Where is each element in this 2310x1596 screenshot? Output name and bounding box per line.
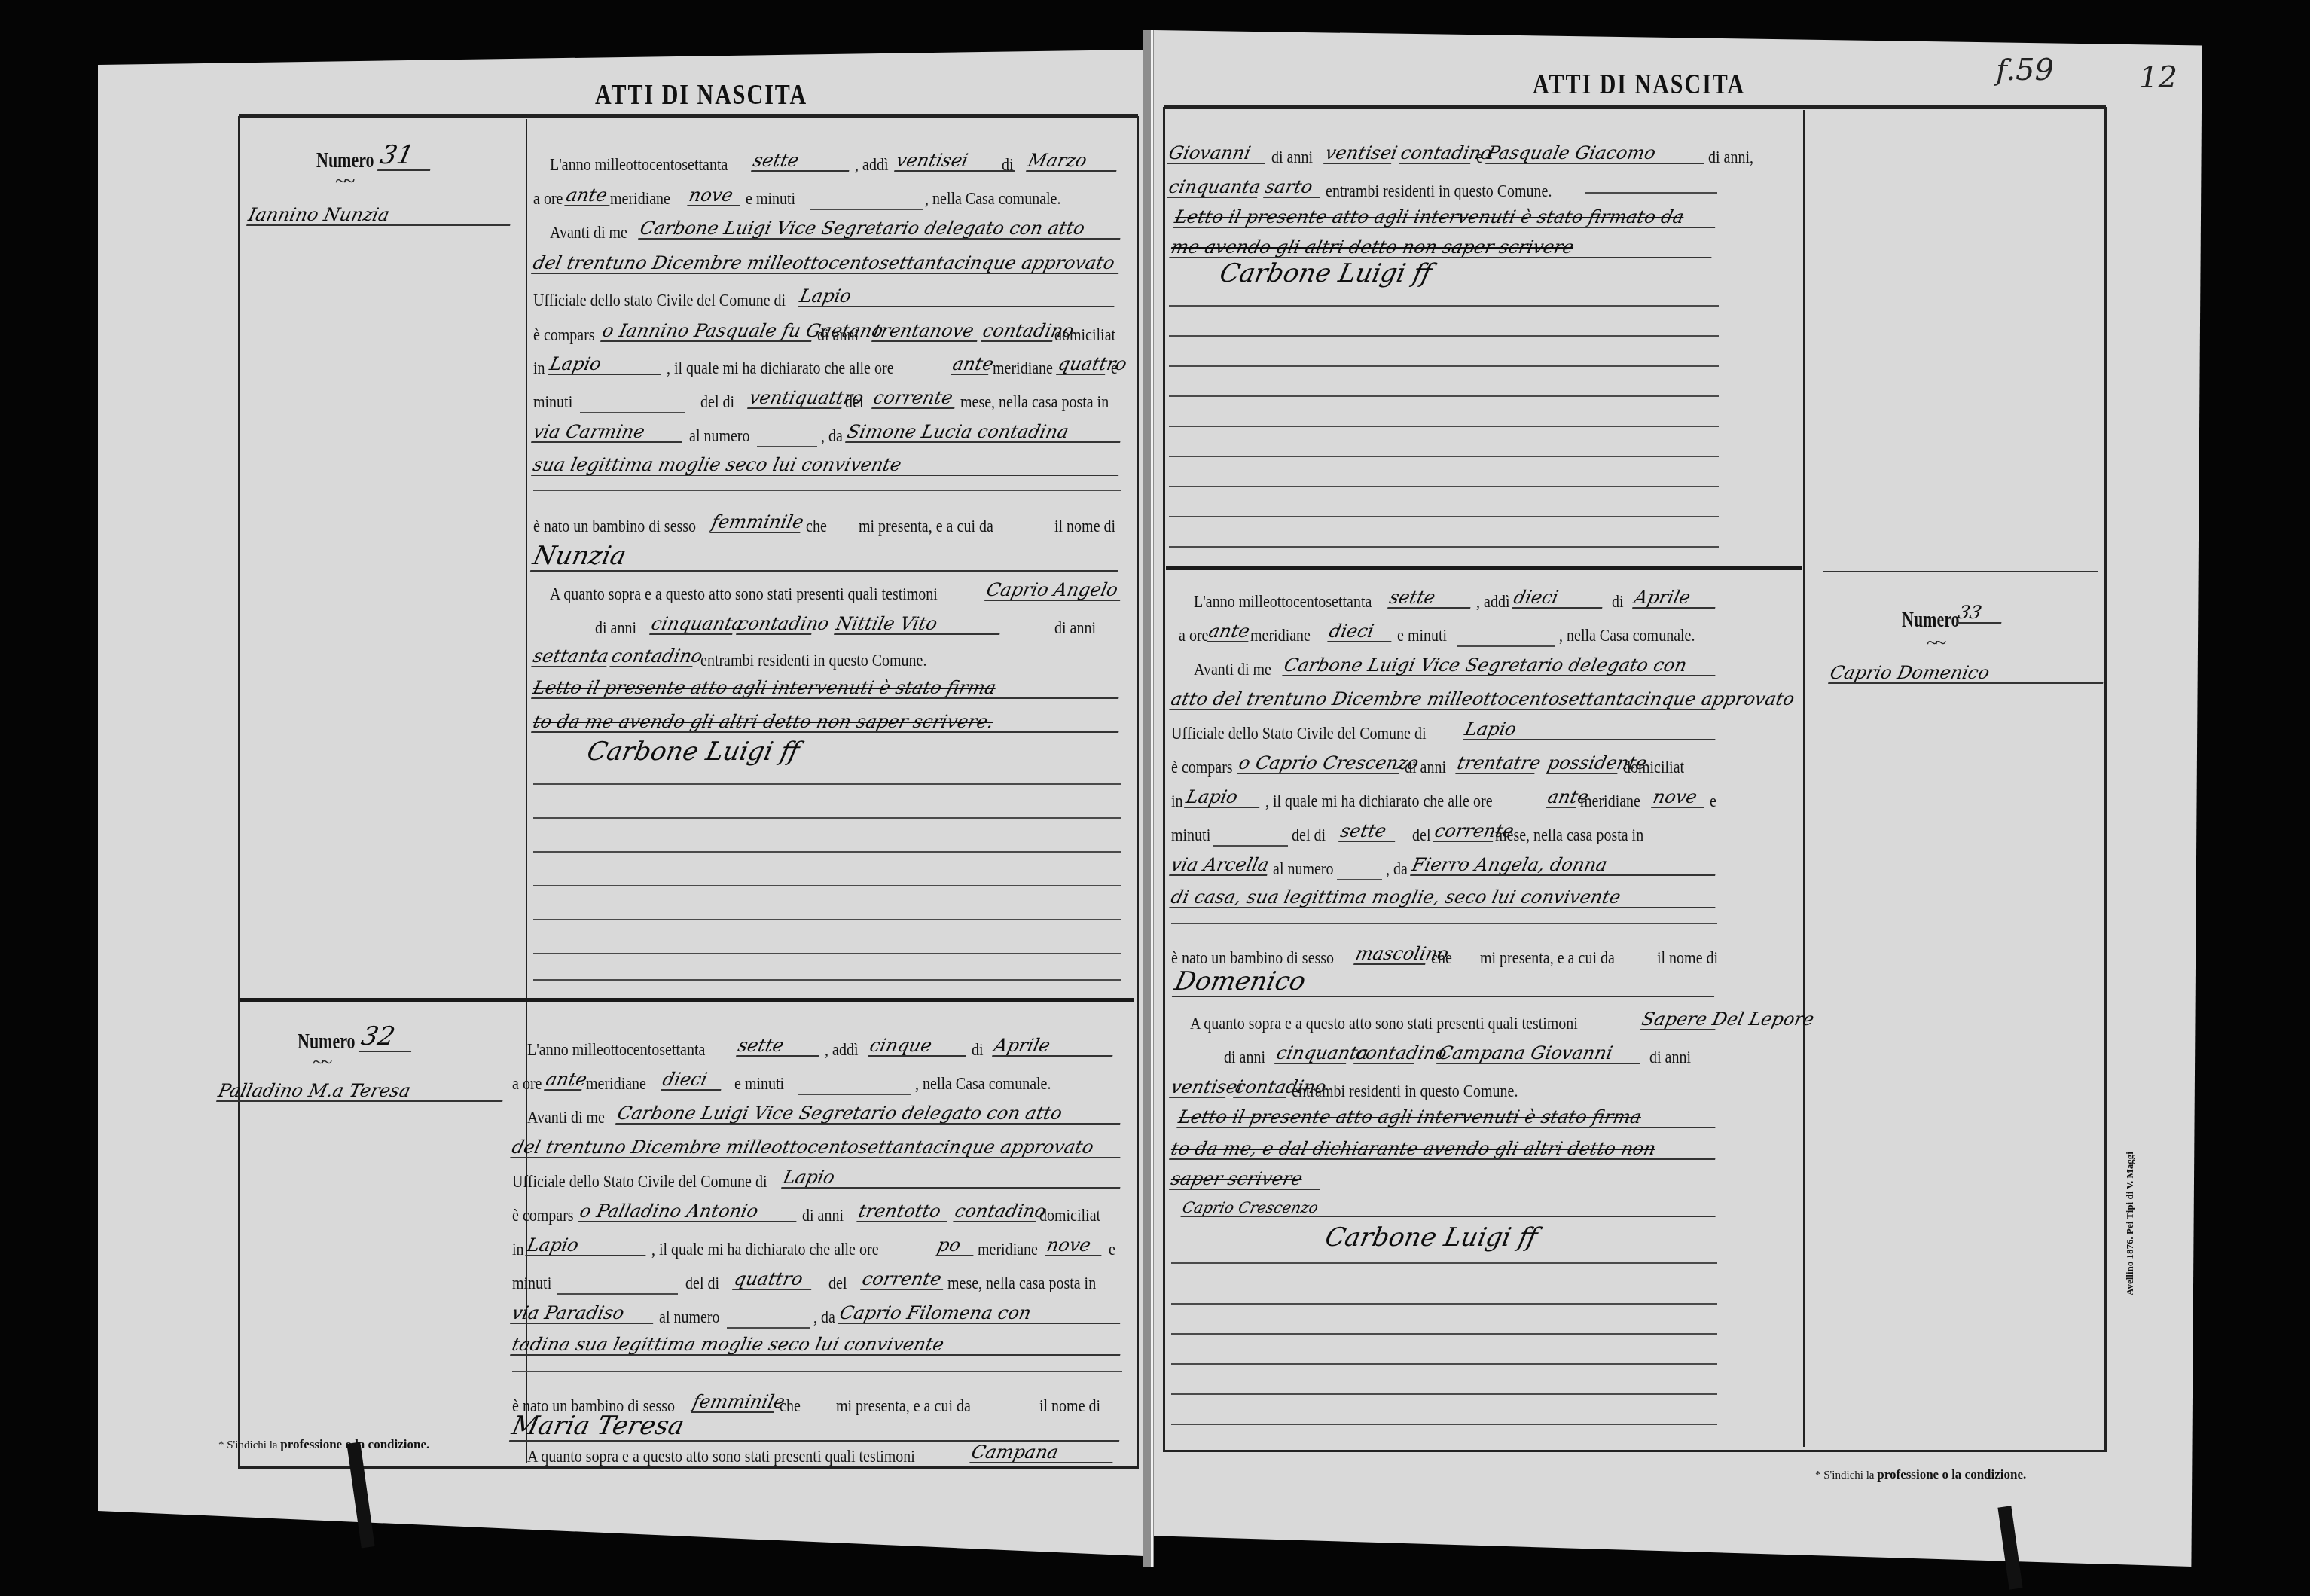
form-text: e [1109, 1239, 1115, 1260]
form-text: di anni [1405, 757, 1446, 778]
officer-field: Carbone Luigi Vice Segretario delegato c… [615, 1103, 1124, 1125]
ruled-line [1169, 486, 1719, 487]
form-text: di anni [1649, 1047, 1691, 1068]
form-text: , addì [825, 1039, 858, 1060]
form-text: a ore [1179, 625, 1208, 646]
form-text: , da [1386, 859, 1408, 880]
form-text: minuti [533, 392, 572, 413]
form-text: che [806, 516, 827, 537]
meridian-field: ante [1207, 621, 1253, 642]
hour-field: dieci [1327, 621, 1396, 642]
form-text: è compars [512, 1205, 574, 1226]
form-text: A quanto sopra e a questo atto sono stat… [527, 1446, 915, 1467]
ruled-line [533, 919, 1121, 920]
form-text: in [533, 358, 545, 379]
form-text: , il quale mi ha dichiarato che alle ore [667, 358, 894, 379]
hour-field: dieci [661, 1070, 725, 1091]
birth-day-field: quattro [732, 1269, 816, 1290]
ruled-line [1169, 546, 1719, 548]
closing-text: to da me avendo gli altri detto non sape… [531, 712, 1123, 733]
right-margin-column-divider [1803, 110, 1805, 1447]
domicile-field: Lapio [548, 354, 665, 375]
ruled-line [1171, 1262, 1717, 1264]
ornament-tilde: ~~ [1927, 631, 1943, 655]
form-text: in [1171, 791, 1183, 812]
record-separator [1166, 566, 1802, 570]
form-text: è compars [533, 325, 595, 346]
ruled-line [1169, 426, 1719, 427]
form-text: del [1412, 825, 1430, 846]
ruled-line [533, 783, 1121, 785]
comune-field: Lapio [781, 1167, 1124, 1189]
form-text: , nella Casa comunale. [915, 1073, 1051, 1094]
form-text: domiciliat [1039, 1205, 1100, 1226]
officer-field: del trentuno Dicembre milleottocentosett… [531, 253, 1123, 274]
form-text: Ufficiale dello stato Civile del Comune … [533, 290, 786, 311]
margin-separator [1823, 571, 2098, 572]
form-text: L'anno milleottocentosettanta [550, 154, 728, 175]
ornament-tilde: ~~ [335, 169, 352, 194]
witness1-name-continuation: Giovanni [1167, 143, 1269, 164]
day-field: dieci [1512, 587, 1607, 609]
left-margin-column-divider [526, 119, 527, 1463]
left-footnote: * S'indichi la professione o la condizio… [218, 1437, 429, 1452]
declarant-signature: Caprio Crescenzo [1180, 1199, 1719, 1217]
mother-field: Caprio Filomena con [838, 1303, 1124, 1324]
witness1-field: Campana [969, 1442, 1117, 1463]
form-text: , addì [855, 154, 888, 175]
birth-hour-field: quattro [1056, 354, 1109, 375]
ruled-line [1169, 516, 1719, 517]
form-text: A quanto sopra e a questo atto sono stat… [1190, 1013, 1578, 1034]
form-text: meridiane [1250, 625, 1311, 646]
ruled-line [1169, 365, 1719, 367]
form-text: in [512, 1239, 524, 1260]
right-page-frame [1163, 107, 2107, 1452]
closing-text: Letto il presente atto agli intervenuti … [1176, 1107, 1720, 1128]
blank-line [533, 490, 1121, 491]
ruled-line [1171, 1303, 1717, 1305]
form-text: meridiane [610, 188, 670, 209]
blank-line [727, 1327, 810, 1329]
form-text: Ufficiale dello Stato Civile del Comune … [1171, 723, 1426, 744]
form-text: il nome di [1054, 516, 1115, 537]
form-text: Avanti di me [527, 1107, 605, 1128]
child-name-field: Maria Teresa [509, 1412, 1125, 1442]
witness2-field: Campana Giovanni [1436, 1043, 1644, 1064]
form-text: del [845, 392, 863, 413]
year-field: sette [1387, 587, 1475, 609]
form-text: mese, nella casa posta in [960, 392, 1109, 413]
form-text: entrambi residenti in questo Comune. [1292, 1081, 1518, 1102]
day-field: cinque [868, 1036, 970, 1057]
blank-line [580, 412, 685, 413]
footnote-prefix: * S'indichi la [218, 1439, 278, 1451]
form-text: Avanti di me [550, 222, 627, 243]
form-text: mi presenta, e a cui da [859, 516, 993, 537]
form-text: e minuti [1397, 625, 1447, 646]
form-text: domiciliat [1054, 325, 1115, 346]
form-text: che [1431, 948, 1452, 969]
form-text: al numero [1273, 859, 1334, 880]
form-text: Ufficiale dello Stato Civile del Comune … [512, 1171, 767, 1192]
age-field: trentotto [856, 1201, 951, 1222]
mother-field: Fierro Angela, donna [1410, 855, 1720, 876]
birth-hour-field: nove [1045, 1235, 1106, 1256]
form-text: è compars [1171, 757, 1233, 778]
blank-line [1457, 645, 1555, 647]
ruled-line [1169, 335, 1719, 337]
officer-field: atto del trentuno Dicembre milleottocent… [1169, 689, 1720, 710]
form-text: il nome di [1657, 948, 1718, 969]
form-text: A quanto sopra e a questo atto sono stat… [550, 584, 938, 605]
year-field: sette [736, 1036, 823, 1057]
form-text: entrambi residenti in questo Comune. [700, 650, 927, 671]
form-text: e [1111, 358, 1118, 379]
officer-field: Carbone Luigi Vice Segretario delegato c… [638, 218, 1124, 240]
ruled-line [533, 817, 1121, 819]
form-text: al numero [689, 426, 750, 447]
hour-field: nove [687, 185, 744, 206]
declarant-field: o Iannino Pasquale fu Gaetano [600, 321, 816, 342]
blank-line [1337, 879, 1382, 880]
closing-text: to da me, e dal dichiarante avendo gli a… [1169, 1139, 1720, 1160]
blank-line [1585, 192, 1717, 194]
child-name-field: Domenico [1172, 968, 1720, 997]
age-field: trentatre [1455, 753, 1539, 774]
meridian-field: ante [564, 185, 614, 206]
comune-field: Lapio [798, 286, 1118, 307]
officer-signature: Carbone Luigi ff [1217, 260, 1434, 288]
officer-field: Carbone Luigi Vice Segretario delegato c… [1282, 655, 1720, 676]
form-text: minuti [1171, 825, 1210, 846]
witness2-age-field: ventisei [1169, 1077, 1230, 1098]
form-text: domiciliat [1623, 757, 1684, 778]
form-text: e minuti [734, 1073, 784, 1094]
form-text: mese, nella casa posta in [1495, 825, 1643, 846]
witness1-age-field: cinquanta [1274, 1043, 1350, 1064]
form-text: è nato un bambino di sesso [533, 516, 696, 537]
form-text: mese, nella casa posta in [947, 1273, 1096, 1294]
blank-line [1213, 845, 1288, 847]
form-text: , da [821, 426, 843, 447]
form-text: , da [813, 1307, 835, 1328]
profession-field: contadino [953, 1201, 1040, 1222]
mother-field: tadina sua legittima moglie seco lui con… [510, 1335, 1124, 1356]
form-text: , nella Casa comunale. [925, 188, 1061, 209]
form-text: di anni [1054, 618, 1096, 639]
form-text: e [1710, 791, 1716, 812]
ruled-line [1171, 1424, 1717, 1425]
month-field: Aprile [992, 1036, 1117, 1057]
officer-signature: Carbone Luigi ff [1323, 1224, 1539, 1252]
officer-field: del trentuno Dicembre milleottocentosett… [510, 1137, 1124, 1158]
declarant-field: o Caprio Crescenzo [1237, 753, 1403, 774]
margin-child-name: Palladino M.a Teresa [216, 1081, 507, 1102]
form-text: di anni [1224, 1047, 1265, 1068]
blank-line [512, 1371, 1122, 1372]
witness1-field: Caprio Angelo [984, 580, 1124, 601]
witness1-age-field: cinquanta [649, 614, 737, 635]
ornament-tilde: ~~ [313, 1051, 329, 1075]
form-text: è nato un bambino di sesso [1171, 948, 1334, 969]
form-text: meridiane [586, 1073, 646, 1094]
record-number: 31 [377, 142, 436, 171]
blank-line [798, 1094, 911, 1095]
witness1-age-field: ventisei [1323, 143, 1396, 164]
ruled-line [1169, 456, 1719, 457]
ruled-line [533, 979, 1121, 981]
right-page-heading: ATTI DI NASCITA [1533, 69, 1745, 102]
domicile-field: Lapio [525, 1235, 650, 1256]
form-text: di anni [802, 1205, 844, 1226]
birth-hour-field: nove [1651, 787, 1708, 808]
form-text: meridiane [993, 358, 1053, 379]
witness2-field: Pasquale Giacomo [1485, 143, 1708, 164]
footnote-bold: professione o la condizione. [1877, 1467, 2026, 1482]
form-text: di [1612, 591, 1624, 612]
blank-line [810, 209, 923, 210]
blank-line [1171, 923, 1717, 924]
form-text: minuti [512, 1273, 551, 1294]
witness2-profession-field: sarto [1263, 177, 1324, 198]
form-text: a ore [512, 1073, 542, 1094]
mother-field: Simone Lucia contadina [845, 422, 1124, 443]
form-text: Avanti di me [1194, 659, 1271, 680]
ruled-line [533, 885, 1121, 886]
ruled-line [1171, 1363, 1717, 1365]
birth-month-field: corrente [871, 388, 959, 409]
meridian-field: ante [544, 1070, 586, 1091]
closing-text: me avendo gli altri detto non saper scri… [1169, 237, 1716, 258]
margin-child-name: Iannino Nunzia [246, 205, 514, 226]
form-text: meridiane [978, 1239, 1038, 1260]
birth-meridian-field: ante [951, 354, 993, 375]
street-field: via Arcella [1169, 855, 1271, 876]
form-text: , nella Casa comunale. [1559, 625, 1695, 646]
officer-signature: Carbone Luigi ff [584, 738, 801, 766]
sex-field: femminile [691, 1392, 778, 1413]
birth-month-field: corrente [1433, 821, 1497, 842]
blank-line [557, 1293, 678, 1295]
left-page-frame [238, 116, 1139, 1469]
birth-month-field: corrente [860, 1269, 947, 1290]
street-field: via Paradiso [510, 1303, 658, 1324]
form-text: , il quale mi ha dichiarato che alle ore [1265, 791, 1493, 812]
child-name-field: Nunzia [530, 542, 1124, 572]
closing-text: Letto il presente atto agli intervenuti … [531, 678, 1123, 699]
street-field: via Carmine [531, 422, 686, 443]
form-text: di anni [817, 325, 859, 346]
margin-child-name: Caprio Domenico [1828, 663, 2107, 684]
form-text: meridiane [1580, 791, 1640, 812]
page-number: 12 [2139, 60, 2177, 95]
form-text: del di [685, 1273, 719, 1294]
form-text: di anni [595, 618, 636, 639]
age-field: trentanove [871, 321, 981, 342]
mother-field: sua legittima moglie seco lui convivente [531, 455, 1123, 476]
form-text: di [1002, 154, 1014, 175]
form-text: del di [700, 392, 734, 413]
sex-field: femminile [709, 512, 804, 533]
ruled-line [1171, 1333, 1717, 1335]
witness1-profession-field: contadino [1353, 1043, 1418, 1064]
right-footnote: * S'indichi la professione o la condizio… [1815, 1467, 2026, 1482]
blank-line [757, 446, 817, 447]
numero-label: Numero [1902, 607, 1960, 633]
form-text: a ore [533, 188, 563, 209]
comune-field: Lapio [1463, 719, 1720, 740]
sex-field: mascolino [1353, 944, 1430, 965]
month-field: Marzo [1026, 151, 1121, 172]
form-text: di anni [1271, 147, 1313, 168]
form-text: e [1476, 147, 1483, 168]
form-text: , addì [1476, 591, 1509, 612]
witness2-profession-field: contadino [609, 646, 697, 667]
form-text: di [972, 1039, 984, 1060]
form-text: di anni, [1708, 147, 1753, 168]
witness2-field: Nittile Vito [834, 614, 1004, 635]
folio-annotation: f.59 [1996, 53, 2054, 87]
form-text: mi presenta, e a cui da [1480, 948, 1615, 969]
form-text: al numero [659, 1307, 720, 1328]
printer-imprint: Avellino 1876. Pei Tipi di V. Maggi [2124, 1152, 2136, 1295]
witness2-age-field: cinquanta [1167, 177, 1262, 198]
birth-meridian-field: po [935, 1235, 978, 1256]
form-text: del [828, 1273, 847, 1294]
form-text: del di [1292, 825, 1326, 846]
record-number: 33 [1956, 603, 2006, 624]
left-page-heading: ATTI DI NASCITA [595, 80, 807, 112]
mother-field: di casa, sua legittima moglie, seco lui … [1169, 887, 1720, 908]
record-number: 32 [359, 1023, 417, 1052]
form-text: e minuti [746, 188, 795, 209]
footnote-prefix: * S'indichi la [1815, 1469, 1875, 1482]
form-text: L'anno milleottocentosettanta [1194, 591, 1372, 612]
month-field: Aprile [1632, 587, 1720, 609]
form-text: L'anno milleottocentosettanta [527, 1039, 705, 1060]
profession-field: contadino [981, 321, 1057, 342]
witness1-field: Sapere Del Lepore [1640, 1009, 1720, 1030]
witness1-profession-field: contadino [1399, 143, 1475, 164]
ruled-line [1169, 305, 1719, 307]
ruled-line [533, 851, 1121, 853]
day-field: ventisei [894, 151, 1019, 172]
birth-meridian-field: ante [1546, 787, 1580, 808]
ruled-line [1169, 395, 1719, 397]
profession-field: possidente [1546, 753, 1622, 774]
witness2-age-field: settanta [531, 646, 611, 667]
witness2-profession-field: contadino [1233, 1077, 1290, 1098]
form-text: , il quale mi ha dichiarato che alle ore [651, 1239, 879, 1260]
closing-text: saper scrivere [1169, 1169, 1324, 1190]
year-field: sette [751, 151, 853, 172]
witness1-profession-field: contadino [736, 614, 816, 635]
record-separator [240, 998, 1134, 1002]
birth-day-field: ventiquattro [747, 388, 846, 409]
birth-day-field: sette [1338, 821, 1399, 842]
ruled-line [533, 953, 1121, 954]
form-text: entrambi residenti in questo Comune. [1326, 181, 1552, 202]
domicile-field: Lapio [1184, 787, 1264, 808]
gutter-highlight [1151, 30, 1153, 1567]
declarant-field: o Palladino Antonio [578, 1201, 801, 1222]
ruled-line [1171, 1393, 1717, 1395]
closing-text: Letto il presente atto agli intervenuti … [1173, 207, 1720, 228]
